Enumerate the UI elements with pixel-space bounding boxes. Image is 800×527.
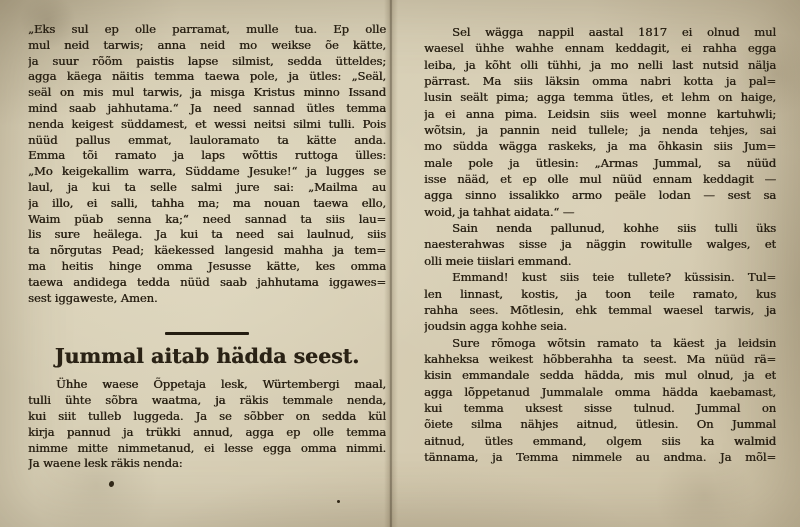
text-line: kui siit tulleb luggeda. Ja se sõbber on… [28, 409, 386, 425]
text-line: Ühhe waese Õppetaja lesk, Würtembergi ma… [28, 377, 386, 393]
text-line: kirja pannud ja trükki annud, agga ep ol… [28, 425, 386, 441]
text-line: tulli ühte sõbra waatma, ja räkis temmal… [28, 393, 386, 409]
text-line: nimme mitte nimmetanud, ei lesse egga om… [28, 441, 386, 457]
page-right: Sel wägga nappil aastal 1817 ei olnud mu… [424, 24, 776, 465]
text-line: mul neid tarwis; anna neid mo weikse õe … [28, 38, 386, 54]
text-line: naesterahwas sisse ja näggin rowitulle w… [424, 236, 776, 252]
text-line: lis sure heälega. Ja kui ta need sai lau… [28, 227, 386, 243]
text-line: Ja waene lesk räkis nenda: [28, 456, 386, 472]
text-line: mo südda wägga raskeks, ja ma õhkasin si… [424, 138, 776, 154]
text-line: agga sinno issalikko armo peäle lodan — … [424, 187, 776, 203]
text-line: nenda keigest süddamest, et wessi neitsi… [28, 117, 386, 133]
text-line: agga lõppetanud Jummalale omma hädda kae… [424, 384, 776, 400]
text-line: Emma tõi ramato ja laps wõttis ruttoga ü… [28, 148, 386, 164]
text-line: isse nääd, et ep olle mul nüüd ennam ked… [424, 171, 776, 187]
text-line: „Mo keigekallim warra, Süddame Jesuke!“ … [28, 164, 386, 180]
text-line: aitnud, ütles emmand, olgem siis ka walm… [424, 433, 776, 449]
text-line: tännama, ja Temma nimmele au andma. Ja m… [424, 449, 776, 465]
text-line: woid, ja tahhat aidata.“ — [424, 204, 776, 220]
text-line: Emmand! kust siis teie tullete? küssisin… [424, 269, 776, 285]
text-line: õiete silma nähjes aitnud, ütlesin. On J… [424, 416, 776, 432]
text-line: leiba, ja kõht olli tühhi, ja mo nelli l… [424, 57, 776, 73]
text-line: len linnast, kostis, ja toon teile ramat… [424, 286, 776, 302]
text-line: wõtsin, ja pannin neid tullele; ja nenda… [424, 122, 776, 138]
text-line: laul, ja kui ta selle salmi jure sai: „M… [28, 180, 386, 196]
text-line: kui temma uksest sisse tulnud. Jummal on [424, 400, 776, 416]
text-line: ta nõrgutas Pead; käekessed langesid mah… [28, 243, 386, 259]
text-line: seäl on mis mul tarwis, ja misga Kristus… [28, 85, 386, 101]
text-line: sest iggaweste, Amen. [28, 291, 386, 307]
text-line: lusin seält pima; agga temma ütles, et l… [424, 89, 776, 105]
text-line: nüüd pallus emmat, lauloramato ta kätte … [28, 133, 386, 149]
section-divider [165, 332, 249, 335]
text-line: waesel ühhe wahhe ennam keddagit, ei rah… [424, 40, 776, 56]
text-line: Sel wägga nappil aastal 1817 ei olnud mu… [424, 24, 776, 40]
text-line: ja illo, ei salli, tahha ma; ma nouan ta… [28, 196, 386, 212]
text-line: joudsin agga kohhe seia. [424, 318, 776, 334]
text-line: kahheksa weikest hõbberahha ta seest. Ma… [424, 351, 776, 367]
text-line: mind saab jahhutama.“ Ja need sannad ütl… [28, 101, 386, 117]
text-line: Waim püab senna ka;“ need sannad ta siis… [28, 212, 386, 228]
text-line: kisin emmandale sedda hädda, mis mul oln… [424, 367, 776, 383]
gutter-crease [384, 0, 398, 527]
text-line: ja ei anna pima. Leidsin siis weel monne… [424, 106, 776, 122]
text-line: olli meie tiislari emmand. [424, 253, 776, 269]
text-line: Sain nenda pallunud, kohhe siis tulli ük… [424, 220, 776, 236]
text-line: „Eks sul ep olle parramat, mulle tua. Ep… [28, 22, 386, 38]
ink-speck [337, 500, 340, 503]
text-line: ja suur rõõm paistis lapse silmist, sedd… [28, 54, 386, 70]
text-line: agga käega näitis temma taewa pole, ja ü… [28, 69, 386, 85]
ink-speck [108, 480, 115, 487]
section-heading: Jummal aitab hädda seest. [28, 343, 386, 370]
page-left: „Eks sul ep olle parramat, mulle tua. Ep… [28, 22, 386, 472]
text-line: ma heitis hinge omma Jesusse kätte, kes … [28, 259, 386, 275]
book-scan: „Eks sul ep olle parramat, mulle tua. Ep… [0, 0, 800, 527]
text-line: male pole ja ütlesin: „Armas Jummal, sa … [424, 155, 776, 171]
text-line: taewa andidega tedda nüüd saab jahhutama… [28, 275, 386, 291]
text-line: rahha sees. Mõtlesin, ehk temmal waesel … [424, 302, 776, 318]
text-line: pärrast. Ma siis läksin omma nabri kotta… [424, 73, 776, 89]
text-line: Sure rõmoga wõtsin ramato ta käest ja le… [424, 335, 776, 351]
